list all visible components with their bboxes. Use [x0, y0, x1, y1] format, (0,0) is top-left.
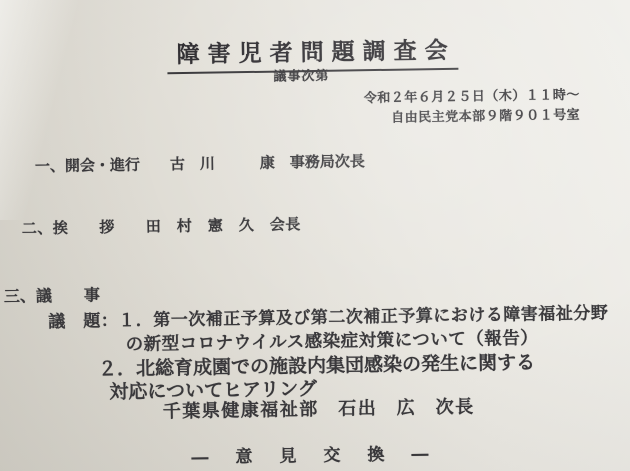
meeting-meta: 令和２年６月２５日（木）１１時～ 自由民主党本部９階９０１号室 [364, 86, 581, 129]
agenda-document-photo: 障害児者問題調査会 議事次第 令和２年６月２５日（木）１１時～ 自由民主党本部９… [0, 0, 630, 471]
agenda-item-greeting: 二、挨 拶 田 村 憲 久 会長 [22, 213, 301, 238]
speaker-line: 千葉県健康福祉部 石出 広 次長 [163, 393, 475, 424]
closing-line: ― 意 見 交 換 ― [3, 436, 621, 471]
agenda-item-opening: 一、開会・進行 古 川 康 事務局次長 [35, 150, 365, 176]
agenda-item-proceedings: 三、議 事 [4, 282, 100, 307]
agenda-sheet: 障害児者問題調査会 議事次第 令和２年６月２５日（木）１１時～ 自由民主党本部９… [0, 0, 630, 471]
meeting-venue: 自由民主党本部９階９０１号室 [364, 106, 580, 129]
